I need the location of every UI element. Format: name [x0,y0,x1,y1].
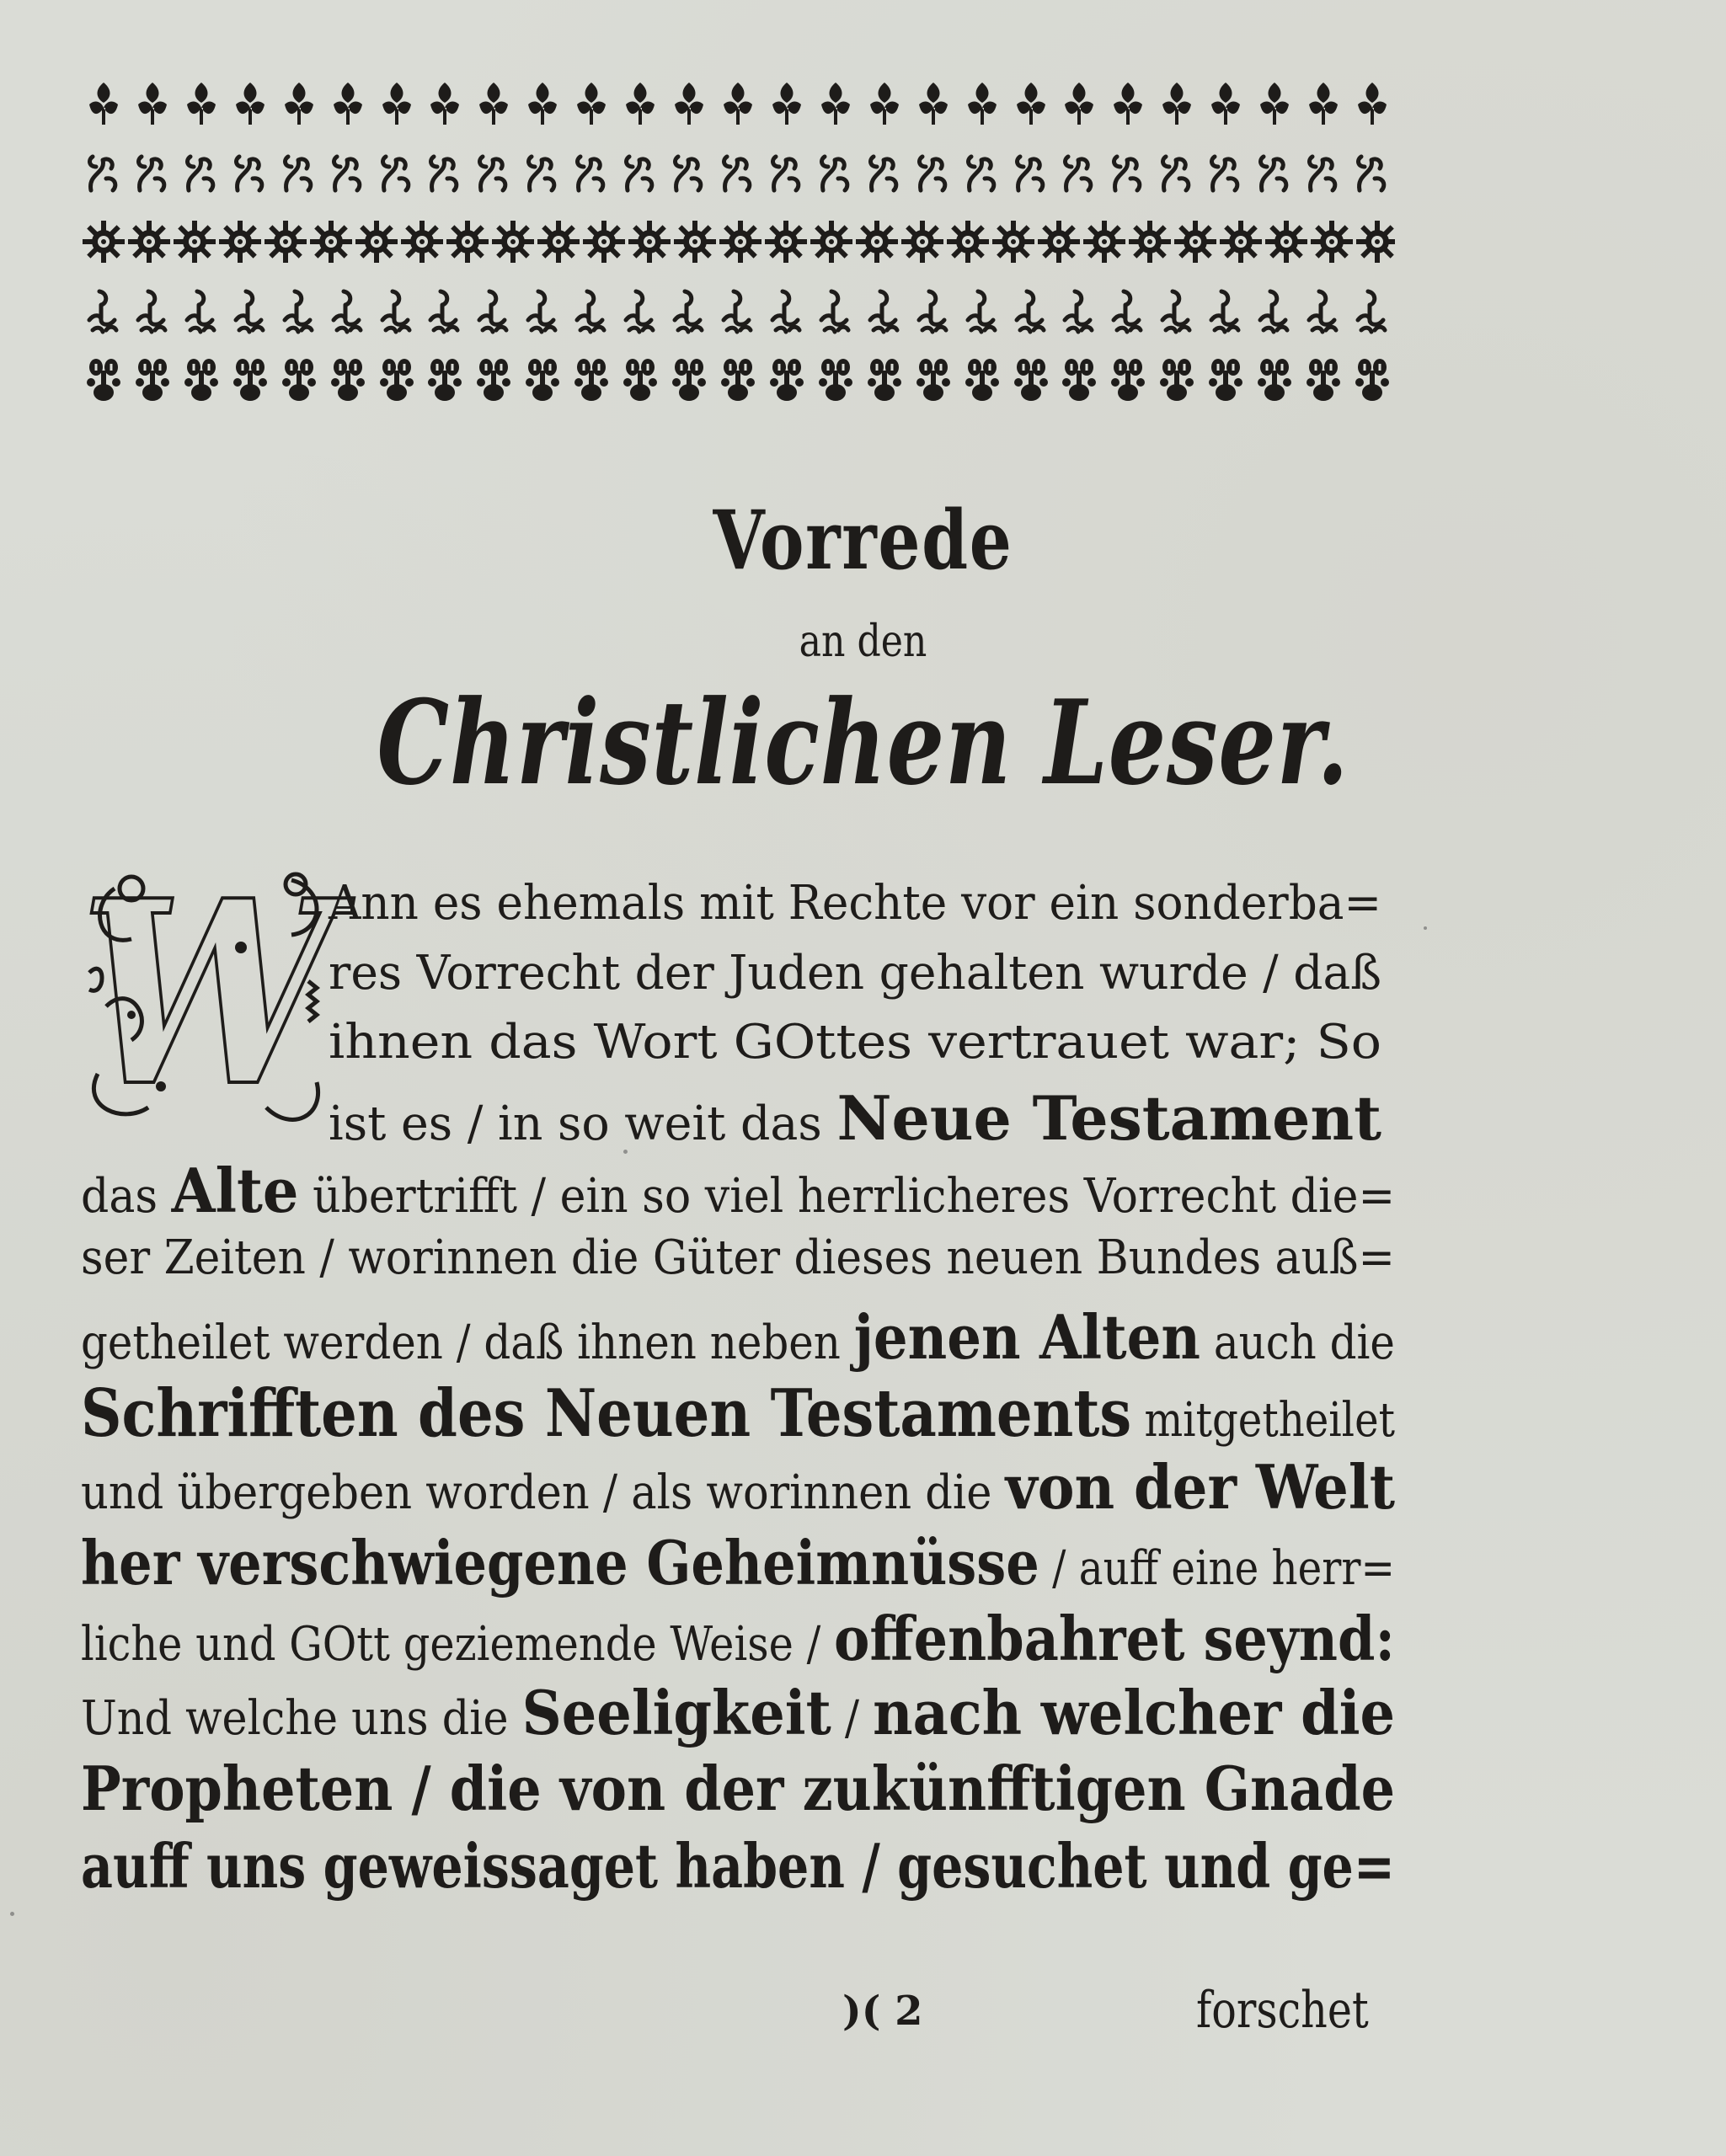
fleuron-vine-icon [276,148,322,197]
fleuron-leaf-icon [471,79,516,128]
body-line: ist es / in so weit das Neue Testament [329,1088,1381,1149]
fleuron-leaf-icon [959,79,1005,128]
fleuron-scroll-icon [1349,286,1395,335]
fleuron-scroll-icon [471,286,516,335]
fleuron-leaf-icon [227,79,273,128]
body-text-span: getheilet werden / daß ihnen neben [81,1315,854,1370]
rosette-icon [217,217,263,266]
fleuron-acorn-icon [862,355,907,404]
fleuron-leaf-icon [1252,79,1297,128]
fleuron-acorn-icon [276,355,322,404]
fleuron-acorn-icon [569,355,614,404]
fleuron-acorn-icon [325,355,371,404]
fleuron-vine-icon [471,148,516,197]
body-text-span: res Vorrecht der Juden gehalten wurde / … [329,946,1381,1001]
emphasized-text-span: nach welcher die [873,1677,1395,1748]
fleuron-acorn-icon [1154,355,1200,404]
fleuron-acorn-icon [911,355,956,404]
rosette-icon [263,217,308,266]
emphasized-text-span: Seeligkeit [522,1677,831,1748]
rosette-icon [1264,217,1309,266]
emphasized-text-span: Neue Testament [836,1082,1381,1154]
ornament-row [81,354,1395,406]
fleuron-scroll-icon [617,286,663,335]
fleuron-acorn-icon [715,355,761,404]
fleuron-acorn-icon [422,355,468,404]
fleuron-scroll-icon [422,286,468,335]
rosette-icon [809,217,854,266]
fleuron-acorn-icon [1349,355,1395,404]
fleuron-vine-icon [764,148,810,197]
body-text-span: mitgetheilet [1131,1393,1395,1448]
ornament-row [81,216,1395,268]
fleuron-acorn-icon [374,355,419,404]
signature-mark: )( 2 [842,1988,923,2035]
drop-cap-letter: W [79,867,334,1120]
rosette-icon [1036,217,1082,266]
emphasized-text-span: Schrifften des Neuen Testaments [81,1375,1131,1452]
rosette-icon [81,217,126,266]
fleuron-vine-icon [1154,148,1200,197]
fleuron-leaf-icon [813,79,858,128]
ornament-row [81,285,1395,337]
fleuron-vine-icon [1252,148,1297,197]
body-text-span: ist es / in so weit das [329,1097,836,1151]
rosette-icon [172,217,217,266]
fleuron-scroll-icon [130,286,175,335]
fleuron-leaf-icon [374,79,419,128]
body-line: Und welche uns die Seeligkeit / nach wel… [81,1683,1395,1743]
fleuron-acorn-icon [1008,355,1054,404]
body-text-span: übertrifft / ein so viel herrlicheres Vo… [299,1169,1396,1224]
rosette-icon [354,217,399,266]
fleuron-acorn-icon [179,355,224,404]
body-line: und übergeben worden / als worinnen die … [81,1457,1395,1518]
fleuron-scroll-icon [1203,286,1248,335]
body-text-span: und übergeben worden / als worinnen die [81,1465,1006,1520]
emphasized-text-span: her verschwiegene Geheimnüsse [81,1527,1039,1598]
fleuron-leaf-icon [862,79,907,128]
body-text-span: das [81,1169,172,1224]
fleuron-vine-icon [179,148,224,197]
fleuron-leaf-icon [1056,79,1102,128]
drop-cap: W [81,855,334,1133]
fleuron-leaf-icon [764,79,810,128]
fleuron-vine-icon [130,148,175,197]
fleuron-vine-icon [227,148,273,197]
emphasized-text-span: jenen Alten [854,1301,1200,1373]
fleuron-vine-icon [911,148,956,197]
fleuron-scroll-icon [1056,286,1102,335]
fleuron-acorn-icon [666,355,712,404]
fleuron-vine-icon [569,148,614,197]
fleuron-leaf-icon [911,79,956,128]
body-line: her verschwiegene Geheimnüsse / auff ein… [81,1533,1395,1593]
fleuron-leaf-icon [1349,79,1395,128]
fleuron-vine-icon [666,148,712,197]
fleuron-acorn-icon [959,355,1005,404]
body-line: getheilet werden / daß ihnen neben jenen… [81,1307,1395,1368]
rosette-icon [1173,217,1218,266]
rosette-icon [718,217,763,266]
fleuron-leaf-icon [666,79,712,128]
ornament-row [81,77,1395,130]
fleuron-scroll-icon [862,286,907,335]
body-line: das Alte übertrifft / ein so viel herrli… [81,1161,1395,1221]
book-page: Vorrede an den Christlichen Leser. W [0,0,1726,2156]
fleuron-scroll-icon [276,286,322,335]
fleuron-vine-icon [1008,148,1054,197]
fleuron-scroll-icon [374,286,419,335]
emphasized-text-span: offenbahret seynd: [834,1603,1395,1674]
fleuron-scroll-icon [569,286,614,335]
body-line: Ann es ehemals mit Rechte vor ein sonder… [329,880,1381,927]
fleuron-leaf-icon [422,79,468,128]
fleuron-acorn-icon [1056,355,1102,404]
body-text-span: / auff eine herr= [1039,1541,1395,1596]
fleuron-vine-icon [81,148,126,197]
fleuron-vine-icon [1203,148,1248,197]
fleuron-leaf-icon [325,79,371,128]
rosette-icon [627,217,672,266]
fleuron-vine-icon [959,148,1005,197]
rosette-icon [945,217,991,266]
fleuron-scroll-icon [959,286,1005,335]
fleuron-vine-icon [374,148,419,197]
fleuron-scroll-icon [1105,286,1151,335]
catchword: forschet [1196,1981,1369,2040]
fleuron-scroll-icon [666,286,712,335]
fleuron-leaf-icon [1203,79,1248,128]
heading-vorrede: Vorrede [155,493,1570,588]
ornament-headpiece [81,77,1395,406]
fleuron-acorn-icon [1105,355,1151,404]
fleuron-leaf-icon [1105,79,1151,128]
fleuron-vine-icon [813,148,858,197]
body-text-span: liche und GOtt geziemende Weise / [81,1617,834,1672]
fleuron-leaf-icon [1008,79,1054,128]
body-line: ihnen das Wort GOttes vertrauet war; So [329,1019,1381,1066]
fleuron-leaf-icon [179,79,224,128]
emphasized-text-span: Alte [172,1155,299,1226]
fleuron-scroll-icon [227,286,273,335]
fleuron-acorn-icon [81,355,126,404]
fleuron-scroll-icon [764,286,810,335]
rosette-icon [1218,217,1264,266]
fleuron-scroll-icon [1301,286,1346,335]
rosette-icon [445,217,490,266]
rosette-icon [854,217,900,266]
body-text-span: auch die [1200,1315,1395,1370]
rosette-icon [763,217,809,266]
body-text-span: ihnen das Wort GOttes vertrauet war; So [329,1015,1381,1070]
body-text-span: Und welche uns die [81,1691,522,1746]
rosette-icon [490,217,536,266]
fleuron-scroll-icon [813,286,858,335]
rosette-icon [1309,217,1355,266]
fleuron-vine-icon [520,148,565,197]
rosette-icon [536,217,581,266]
emphasized-text-span: von der Welt [1006,1451,1395,1523]
body-line: Propheten / die von der zukünfftigen Gna… [81,1758,1395,1819]
rosette-icon [126,217,172,266]
fleuron-acorn-icon [1203,355,1248,404]
heading-christlichen-leser: Christlichen Leser. [190,674,1536,811]
rosette-icon [581,217,627,266]
fleuron-acorn-icon [764,355,810,404]
ornament-row [81,147,1395,199]
fleuron-acorn-icon [1301,355,1346,404]
fleuron-scroll-icon [1008,286,1054,335]
emphasized-text-span: auff uns geweissaget haben / gesuchet un… [81,1830,1395,1902]
fleuron-scroll-icon [911,286,956,335]
fleuron-vine-icon [1105,148,1151,197]
fleuron-scroll-icon [325,286,371,335]
rosette-icon [1082,217,1127,266]
fleuron-acorn-icon [1252,355,1297,404]
fleuron-acorn-icon [617,355,663,404]
rosette-icon [991,217,1036,266]
fleuron-acorn-icon [813,355,858,404]
paper-fleck [1424,926,1427,930]
body-line: res Vorrecht der Juden gehalten wurde / … [329,950,1381,997]
body-line: Schrifften des Neuen Testaments mitgethe… [81,1381,1395,1447]
fleuron-leaf-icon [569,79,614,128]
body-line: liche und GOtt geziemende Weise / offenb… [81,1609,1395,1669]
fleuron-acorn-icon [520,355,565,404]
fleuron-vine-icon [1056,148,1102,197]
rosette-icon [672,217,718,266]
body-line: ser Zeiten / worinnen die Güter dieses n… [81,1235,1395,1282]
fleuron-scroll-icon [1252,286,1297,335]
fleuron-vine-icon [715,148,761,197]
rosette-icon [1355,217,1395,266]
fleuron-vine-icon [422,148,468,197]
fleuron-scroll-icon [715,286,761,335]
rosette-icon [1127,217,1173,266]
rosette-icon [399,217,445,266]
body-text-span: Ann es ehemals mit Rechte vor ein sonder… [329,876,1381,931]
fleuron-leaf-icon [130,79,175,128]
fleuron-leaf-icon [1154,79,1200,128]
fleuron-vine-icon [325,148,371,197]
body-text-span: / [831,1691,873,1746]
paper-fleck [10,1912,14,1916]
fleuron-leaf-icon [81,79,126,128]
rosette-icon [900,217,945,266]
paper-fleck [623,1150,628,1154]
fleuron-leaf-icon [715,79,761,128]
fleuron-leaf-icon [276,79,322,128]
rosette-icon [308,217,354,266]
fleuron-acorn-icon [471,355,516,404]
fleuron-acorn-icon [130,355,175,404]
fleuron-leaf-icon [617,79,663,128]
fleuron-vine-icon [862,148,907,197]
emphasized-text-span: Propheten / die von der zukünfftigen Gna… [81,1753,1395,1824]
fleuron-vine-icon [617,148,663,197]
fleuron-leaf-icon [520,79,565,128]
fleuron-vine-icon [1349,148,1395,197]
fleuron-scroll-icon [520,286,565,335]
fleuron-scroll-icon [1154,286,1200,335]
fleuron-scroll-icon [81,286,126,335]
fleuron-vine-icon [1301,148,1346,197]
heading-an-den: an den [130,616,1597,667]
fleuron-leaf-icon [1301,79,1346,128]
body-line: auff uns geweissaget haben / gesuchet un… [81,1836,1395,1897]
fleuron-acorn-icon [227,355,273,404]
fleuron-scroll-icon [179,286,224,335]
body-text-span: ser Zeiten / worinnen die Güter dieses n… [81,1230,1395,1285]
